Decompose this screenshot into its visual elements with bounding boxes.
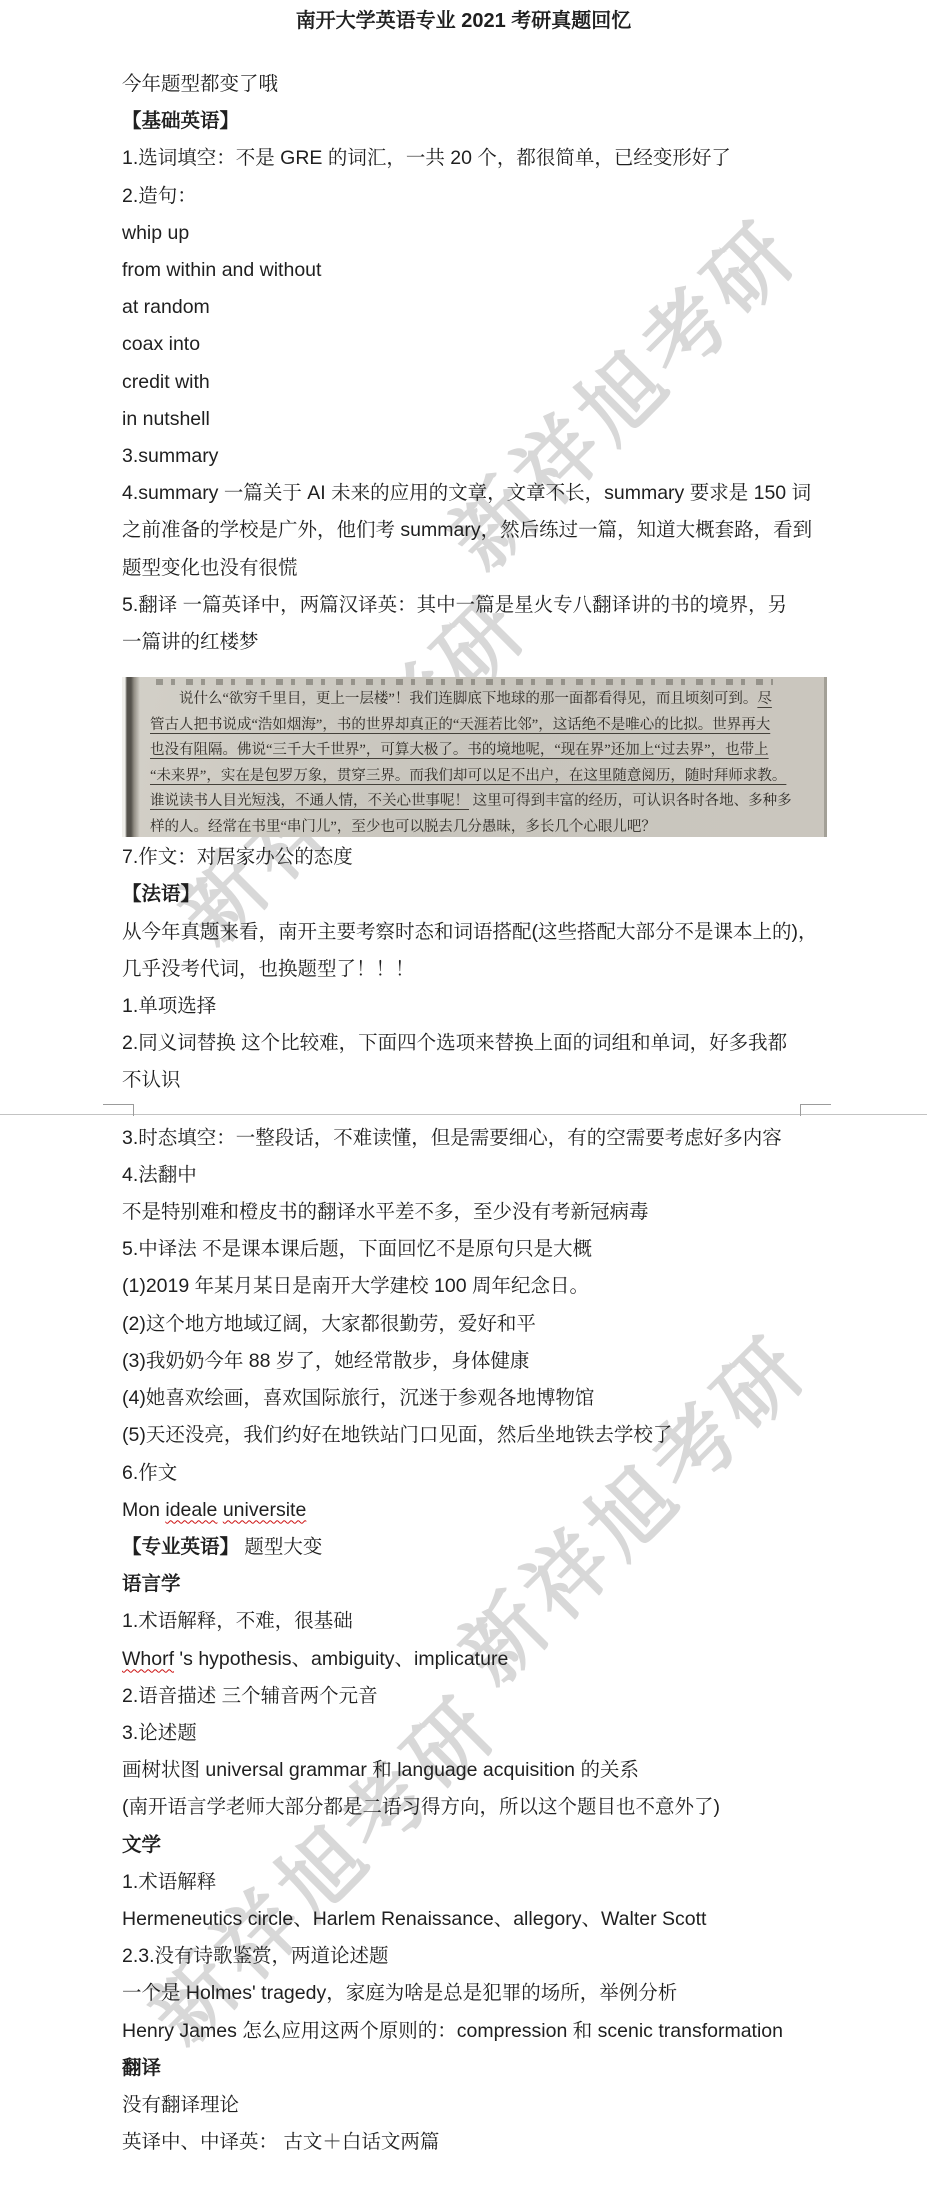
text-line: 几乎没考代词，也换题型了！！！ (122, 951, 827, 988)
text-line: 不认识 (122, 1062, 827, 1099)
text-line: at random (122, 289, 827, 326)
text-line: 英译中、中译英： 古文＋白话文两篇 (122, 2124, 827, 2161)
text-line: Mon ideale universite (122, 1492, 827, 1529)
text-segment: Mon (122, 1499, 165, 1521)
text-line: whip up (122, 215, 827, 252)
word-document-page: { "title": "南开大学英语专业 2021 考研真题回忆", "wate… (0, 0, 927, 2190)
text-line: Henry James 怎么应用这两个原则的：compression 和 sce… (122, 2013, 827, 2050)
text-line: 文学 (122, 1827, 827, 1864)
margin-marker-left (103, 1104, 134, 1116)
text-line: in nutshell (122, 401, 827, 438)
text-line: 【法语】 (122, 876, 827, 913)
page-title: 南开大学英语专业 2021 考研真题回忆 (0, 6, 927, 36)
text-line: 1.单项选择 (122, 988, 827, 1025)
page-break-line (0, 1114, 927, 1115)
text-line: 【基础英语】 (122, 103, 827, 140)
text-line: 之前准备的学校是广外，他们考 summary，然后练过一篇，知道大概套路，看到 (122, 512, 827, 549)
cropped-text-line (156, 679, 773, 685)
text-line: (5)天还没亮，我们约好在地铁站门口见面，然后坐地铁去学校了 (122, 1417, 827, 1454)
text-line: 【专业英语】 题型大变 (122, 1529, 827, 1566)
page-gap (122, 1100, 827, 1120)
text-line: (3)我奶奶今年 88 岁了，她经常散步，身体健康 (122, 1343, 827, 1380)
text-line: 没有翻译理论 (122, 2087, 827, 2124)
text-segment: 也没有阻隔。佛说“三千大千世界”，可算大极了。书的境地呢，“现在界”还加上“过去… (150, 742, 769, 758)
text-line: 3.论述题 (122, 1715, 827, 1752)
text-line: 不是特别难和橙皮书的翻译水平差不多，至少没有考新冠病毒 (122, 1194, 827, 1231)
text-line: 1.术语解释，不难，很基础 (122, 1603, 827, 1640)
text-segment: 【专业英语】 (122, 1536, 239, 1558)
text-line: (4)她喜欢绘画，喜欢国际旅行，沉迷于参观各地博物馆 (122, 1380, 827, 1417)
text-segment: 管古人把书说成“浩如烟海”，书的世界却真正的“天涯若比邻”，这话绝不是唯心的比拟… (150, 717, 770, 733)
book-page-photo[interactable]: 说什么“欲穷千里目，更上一层楼”！我们连脚底下地球的那一面都看得见，而且顷刻可到… (122, 677, 827, 837)
book-text-line: 管古人把书说成“浩如烟海”，书的世界却真正的“天涯若比邻”，这话绝不是唯心的比拟… (150, 713, 821, 739)
book-spine-shadow (122, 677, 140, 837)
text-line: 5.中译法 不是课本课后题，下面回忆不是原句只是大概 (122, 1231, 827, 1268)
text-line: 2.语音描述 三个辅音两个元音 (122, 1678, 827, 1715)
text-line: (南开语言学老师大部分都是二语习得方向，所以这个题目也不意外了) (122, 1789, 827, 1826)
text-segment: 样的人。经常在书里“串门儿”，至少也可以脱去几分愚昧，多长几个心眼儿吧？ (150, 819, 656, 835)
text-line: 题型变化也没有很慌 (122, 550, 827, 587)
text-segment: 尽 (757, 691, 772, 707)
text-line: 6.作文 (122, 1455, 827, 1492)
text-line: 7.作文：对居家办公的态度 (122, 839, 827, 876)
book-text-line: “未来界”，实在是包罗万象，贯穿三界。而我们却可以足不出户，在这里随意阅历，随时… (150, 764, 821, 790)
text-line: 1.术语解释 (122, 1864, 827, 1901)
text-line: 今年题型都变了哦 (122, 66, 827, 103)
text-line: 3.时态填空：一整段话，不难读懂，但是需要细心，有的空需要考虑好多内容 (122, 1120, 827, 1157)
margin-marker-right (800, 1104, 831, 1116)
text-line: 3.summary (122, 438, 827, 475)
text-line: 4.summary 一篇关于 AI 未来的应用的文章，文章不长，summary … (122, 475, 827, 512)
text-line: credit with (122, 364, 827, 401)
text-line: (2)这个地方地域辽阔，大家都很勤劳，爱好和平 (122, 1306, 827, 1343)
text-line: 5.翻译 一篇英译中，两篇汉译英：其中一篇是星火专八翻译讲的书的境界，另 (122, 587, 827, 624)
text-line: (1)2019 年某月某日是南开大学建校 100 周年纪念日。 (122, 1268, 827, 1305)
text-segment: Whorf (122, 1648, 174, 1670)
book-text-line: 也没有阻隔。佛说“三千大千世界”，可算大极了。书的境地呢，“现在界”还加上“过去… (150, 738, 821, 764)
text-line: coax into (122, 326, 827, 363)
book-text-line: 谁说读书人目光短浅，不通人情，不关心世事呢！ 这里可得到丰富的经历，可认识各时各… (150, 789, 821, 815)
text-segment: ideale (165, 1499, 217, 1521)
text-segment: 这里可得到丰富的经历，可认识各时各地、多种多 (469, 793, 792, 809)
book-text-block: 说什么“欲穷千里目，更上一层楼”！我们连脚底下地球的那一面都看得见，而且顷刻可到… (150, 678, 821, 837)
text-line: 4.法翻中 (122, 1157, 827, 1194)
text-line: Hermeneutics circle、Harlem Renaissance、a… (122, 1901, 827, 1938)
book-text-line: 样的人。经常在书里“串门儿”，至少也可以脱去几分愚昧，多长几个心眼儿吧？ (150, 815, 821, 838)
text-line: Whorf 's hypothesis、ambiguity、implicatur… (122, 1641, 827, 1678)
text-segment: 说什么“欲穷千里目，更上一层楼”！我们连脚底下地球的那一面都看得见，而且顷刻可到… (179, 691, 757, 707)
text-line: 从今年真题来看，南开主要考察时态和词语搭配(这些搭配大部分不是课本上的)， (122, 914, 827, 951)
text-line: 2.同义词替换 这个比较难，下面四个选项来替换上面的词组和单词，好多我都 (122, 1025, 827, 1062)
text-segment: 谁说读书人目光短浅，不通人情，不关心世事呢！ (150, 793, 469, 809)
text-line: 画树状图 universal grammar 和 language acquis… (122, 1752, 827, 1789)
text-line: 2.造句： (122, 178, 827, 215)
text-segment: universite (223, 1499, 306, 1521)
text-line: 2.3.没有诗歌鉴赏，两道论述题 (122, 1938, 827, 1975)
text-segment: 's hypothesis、ambiguity、implicature (174, 1648, 508, 1670)
text-segment: “未来界”，实在是包罗万象，贯穿三界。而我们却可以足不出户，在这里随意阅历，随时… (150, 768, 786, 784)
text-line: 翻译 (122, 2050, 827, 2087)
text-line: 语言学 (122, 1566, 827, 1603)
text-line: 1.选词填空：不是 GRE 的词汇，一共 20 个，都很简单，已经变形好了 (122, 140, 827, 177)
text-line: 一个是 Holmes' tragedy，家庭为啥是总是犯罪的场所，举例分析 (122, 1975, 827, 2012)
text-line: from within and without (122, 252, 827, 289)
text-segment: 题型大变 (239, 1536, 322, 1558)
text-line: 一篇讲的红楼梦 (122, 624, 827, 661)
book-text-line: 说什么“欲穷千里目，更上一层楼”！我们连脚底下地球的那一面都看得见，而且顷刻可到… (150, 687, 821, 713)
